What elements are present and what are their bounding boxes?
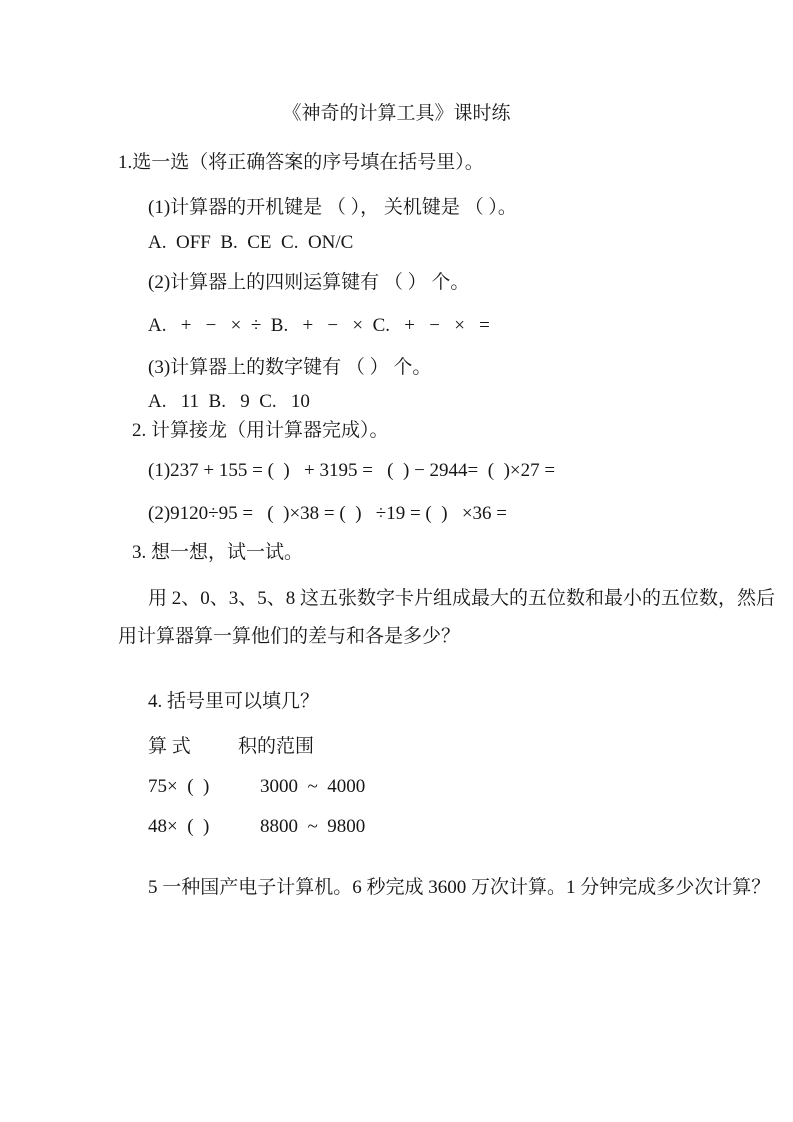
question-1-item-2-options: A. + − × ÷ B. + − × C. + − × = xyxy=(148,314,490,338)
question-1-item-3-options: A. 11 B. 9 C. 10 xyxy=(148,390,310,414)
question-5-text: 5 一种国产电子计算机。6 秒完成 3600 万次计算。1 分钟完成多少次计算？ xyxy=(148,876,770,900)
range-cell: 3000 ~ 4000 xyxy=(260,775,365,799)
question-2-line-1: (1)237 + 155 = ( ) + 3195 = ( ) − 2944= … xyxy=(148,459,555,483)
question-1-item-3: (3)计算器上的数字键有 （ ） 个。 xyxy=(148,356,431,380)
column-header-product-range: 积的范围 xyxy=(238,735,314,759)
expression-cell: 48× ( ) xyxy=(148,815,260,839)
question-4-table-header: 算 式 积的范围 xyxy=(148,735,314,759)
expression-cell: 75× ( ) xyxy=(148,775,260,799)
question-3-body-line-2: 用计算器算一算他们的差与和各是多少？ xyxy=(118,625,460,649)
column-header-expression: 算 式 xyxy=(148,735,238,759)
question-1-item-2: (2)计算器上的四则运算键有 （ ） 个。 xyxy=(148,271,469,295)
table-row: 48× ( ) 8800 ~ 9800 xyxy=(148,815,365,839)
table-row: 75× ( ) 3000 ~ 4000 xyxy=(148,775,365,799)
question-2-line-2: (2)9120÷95 = ( )×38 = ( ) ÷19 = ( ) ×36 … xyxy=(148,502,507,526)
worksheet-page: 《神奇的计算工具》课时练 1.选一选（将正确答案的序号填在括号里）。 (1)计算… xyxy=(0,0,793,1122)
question-4-heading: 4. 括号里可以填几？ xyxy=(148,690,319,714)
question-3-body-line-1: 用 2、0、3、5、8 这五张数字卡片组成最大的五位数和最小的五位数，然后 xyxy=(148,587,775,611)
question-1-item-1: (1)计算器的开机键是 （ ）， 关机键是 （ ）。 xyxy=(148,196,517,220)
page-title: 《神奇的计算工具》课时练 xyxy=(0,102,793,126)
question-1-heading: 1.选一选（将正确答案的序号填在括号里）。 xyxy=(118,151,484,175)
question-3-heading: 3. 想一想，试一试。 xyxy=(132,541,303,565)
question-2-heading: 2. 计算接龙（用计算器完成）。 xyxy=(132,419,389,443)
question-1-item-1-options: A. OFF B. CE C. ON/C xyxy=(148,231,353,255)
range-cell: 8800 ~ 9800 xyxy=(260,815,365,839)
